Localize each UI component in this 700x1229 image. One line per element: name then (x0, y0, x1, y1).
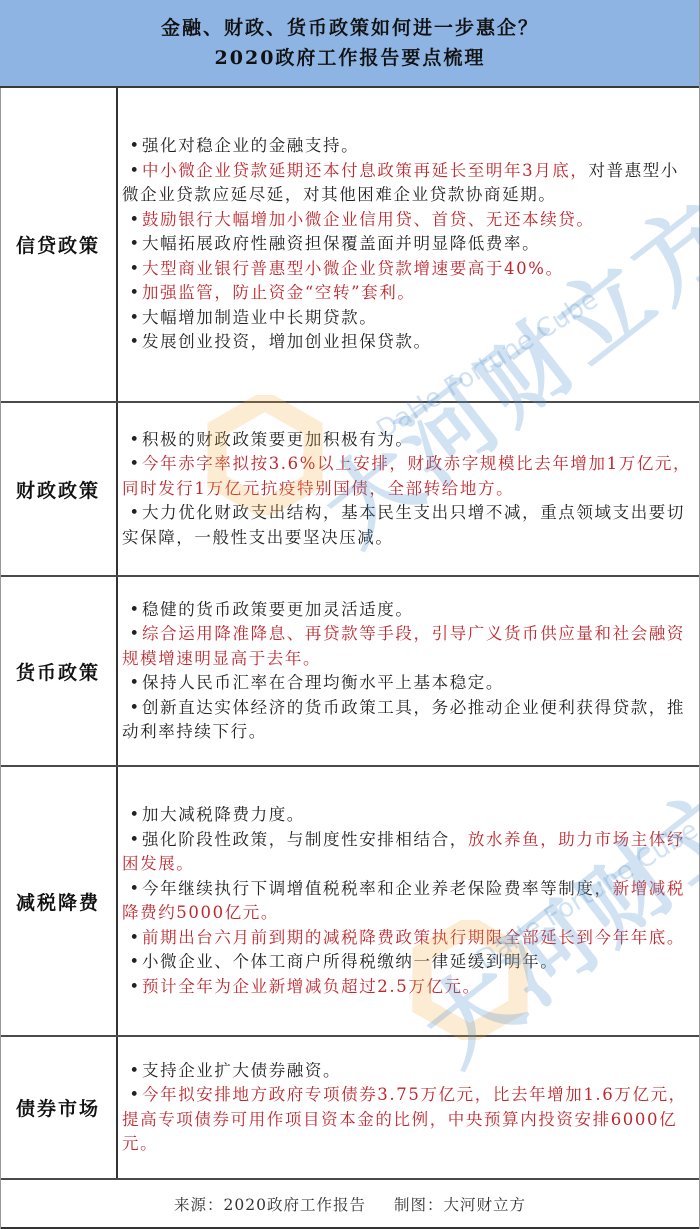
bullet-item: •今年拟安排地方政府专项债券3.75万亿元，比去年增加1.6万亿元，提高专项债券… (122, 1083, 696, 1157)
bullet-icon: • (128, 1059, 142, 1084)
bullet-icon: • (128, 306, 142, 331)
bullet-item: •今年赤字率拟按3.6%以上安排，财政赤字规模比去年增加1万亿元，同时发行1万亿… (122, 452, 696, 501)
table-footer: 来源：2020政府工作报告 制图：大河财立方 (0, 1180, 700, 1229)
bullet-icon: • (128, 330, 142, 355)
section-content: •强化对稳企业的金融支持。•中小微企业贷款延期还本付息政策再延长至明年3月底，对… (120, 88, 696, 401)
bullet-item: •加强监管，防止资金“空转”套利。 (122, 281, 696, 306)
bullet-item: •小微企业、个体工商户所得税缴纳一律延缓到明年。 (122, 950, 696, 975)
bullet-icon: • (128, 950, 142, 975)
body-text: 稳健的货币政策要更加灵活适度。 (142, 600, 414, 619)
highlighted-text: 大型商业银行普惠型小微企业贷款增速要高于40%。 (142, 259, 564, 278)
bullet-icon: • (128, 975, 142, 1000)
highlighted-text: 预计全年为企业新增减负超过2.5万亿元。 (142, 977, 481, 996)
body-text: 保持人民币汇率在合理均衡水平上基本稳定。 (142, 673, 504, 692)
bullet-item: •保持人民币汇率在合理均衡水平上基本稳定。 (122, 671, 696, 696)
body-text: 支持企业扩大债券融资。 (142, 1061, 341, 1080)
highlighted-text: 中小微企业贷款延期还本付息政策再延长至明年3月底， (142, 161, 589, 180)
highlighted-text: 今年拟安排地方政府专项债券3.75万亿元，比去年增加1.6万亿元，提高专项债券可… (122, 1085, 687, 1153)
bullet-icon: • (128, 208, 142, 233)
section-row-bond-market: 债券市场 •支持企业扩大债券融资。•今年拟安排地方政府专项债券3.75万亿元，比… (0, 1037, 700, 1180)
section-row-credit-policy: 信贷政策 •强化对稳企业的金融支持。•中小微企业贷款延期还本付息政策再延长至明年… (0, 88, 700, 403)
bullet-item: •综合运用降准降息、再贷款等手段，引导广义货币供应量和社会融资规模增速明显高于去… (122, 622, 696, 671)
bullet-icon: • (128, 622, 142, 647)
bullet-icon: • (128, 671, 142, 696)
section-label: 货币政策 (0, 577, 118, 765)
bullet-icon: • (128, 598, 142, 623)
body-text: 强化阶段性政策，与制度性安排相结合， (142, 830, 468, 849)
bullet-item: •稳健的货币政策要更加灵活适度。 (122, 598, 696, 623)
table-header: 金融、财政、货币政策如何进一步惠企？ 2020政府工作报告要点梳理 (0, 0, 700, 88)
title-line-1: 金融、财政、货币政策如何进一步惠企？ (161, 13, 539, 43)
bullet-item: •创新直达实体经济的货币政策工具，务必推动企业便利获得贷款，推动利率持续下行。 (122, 696, 696, 745)
body-text: 发展创业投资，增加创业担保贷款。 (142, 332, 432, 351)
body-text: 小微企业、个体工商户所得税缴纳一律延缓到明年。 (142, 952, 558, 971)
table-left-border (0, 88, 1, 1229)
body-text: 强化对稳企业的金融支持。 (142, 136, 359, 155)
body-text: 积极的财政政策要更加积极有为。 (142, 430, 414, 449)
highlighted-text: 前期出台六月前到期的减税降费政策执行期限全部延长到今年年底。 (142, 928, 685, 947)
bullet-icon: • (128, 926, 142, 951)
section-label: 信贷政策 (0, 88, 118, 401)
bullet-icon: • (128, 696, 142, 721)
policy-summary-table: 金融、财政、货币政策如何进一步惠企？ 2020政府工作报告要点梳理 信贷政策 •… (0, 0, 700, 1229)
source-note: 来源：2020政府工作报告 (174, 1193, 366, 1215)
bullet-item: •大幅拓展政府性融资担保覆盖面并明显降低费率。 (122, 232, 696, 257)
body-text: 大幅拓展政府性融资担保覆盖面并明显降低费率。 (142, 234, 540, 253)
bullet-item: •大型商业银行普惠型小微企业贷款增速要高于40%。 (122, 257, 696, 282)
section-row-monetary-policy: 货币政策 •稳健的货币政策要更加灵活适度。•综合运用降准降息、再贷款等手段，引导… (0, 577, 700, 767)
body-text: 创新直达实体经济的货币政策工具，务必推动企业便利获得贷款，推动利率持续下行。 (122, 698, 685, 742)
section-content: •加大减税降费力度。•强化阶段性政策，与制度性安排相结合，放水养鱼，助力市场主体… (120, 767, 696, 1035)
highlighted-text: 综合运用降准降息、再贷款等手段，引导广义货币供应量和社会融资规模增速明显高于去年… (122, 624, 685, 668)
bullet-item: •前期出台六月前到期的减税降费政策执行期限全部延长到今年年底。 (122, 926, 696, 951)
section-label: 减税降费 (0, 767, 118, 1035)
bullet-icon: • (128, 281, 142, 306)
credit-note: 制图：大河财立方 (394, 1193, 526, 1215)
section-content: •支持企业扩大债券融资。•今年拟安排地方政府专项债券3.75万亿元，比去年增加1… (120, 1037, 696, 1178)
bullet-icon: • (128, 877, 142, 902)
bullet-item: •大幅增加制造业中长期贷款。 (122, 306, 696, 331)
bullet-item: •预计全年为企业新增减负超过2.5万亿元。 (122, 975, 696, 1000)
bullet-item: •今年继续执行下调增值税税率和企业养老保险费率等制度，新增减税降费约5000亿元… (122, 877, 696, 926)
bullet-item: •加大减税降费力度。 (122, 803, 696, 828)
section-row-tax-cuts: 减税降费 •加大减税降费力度。•强化阶段性政策，与制度性安排相结合，放水养鱼，助… (0, 767, 700, 1037)
body-text: 大幅增加制造业中长期贷款。 (142, 308, 377, 327)
title-line-2: 2020政府工作报告要点梳理 (215, 43, 486, 73)
bullet-icon: • (128, 159, 142, 184)
section-content: •稳健的货币政策要更加灵活适度。•综合运用降准降息、再贷款等手段，引导广义货币供… (120, 577, 696, 765)
bullet-icon: • (128, 828, 142, 853)
body-text: 加大减税降费力度。 (142, 805, 305, 824)
highlighted-text: 加强监管，防止资金“空转”套利。 (142, 283, 415, 302)
bullet-icon: • (128, 803, 142, 828)
bullet-icon: • (128, 428, 142, 453)
bullet-item: •大力优化财政支出结构，基本民生支出只增不减，重点领域支出要切实保障，一般性支出… (122, 501, 696, 550)
highlighted-text: 鼓励银行大幅增加小微企业信用贷、首贷、无还本续贷。 (142, 210, 595, 229)
body-text: 今年继续执行下调增值税税率和企业养老保险费率等制度， (142, 879, 613, 898)
section-label: 财政政策 (0, 403, 118, 575)
highlighted-text: 今年赤字率拟按3.6%以上安排，财政赤字规模比去年增加1万亿元，同时发行1万亿元… (122, 454, 691, 498)
bullet-icon: • (128, 134, 142, 159)
bullet-item: •积极的财政政策要更加积极有为。 (122, 428, 696, 453)
bullet-icon: • (128, 257, 142, 282)
section-content: •积极的财政政策要更加积极有为。•今年赤字率拟按3.6%以上安排，财政赤字规模比… (120, 403, 696, 575)
section-label: 债券市场 (0, 1037, 118, 1178)
body-text: 大力优化财政支出结构，基本民生支出只增不减，重点领域支出要切实保障，一般性支出要… (122, 503, 685, 547)
section-row-fiscal-policy: 财政政策 •积极的财政政策要更加积极有为。•今年赤字率拟按3.6%以上安排，财政… (0, 403, 700, 577)
bullet-icon: • (128, 452, 142, 477)
bullet-item: •发展创业投资，增加创业担保贷款。 (122, 330, 696, 355)
bullet-item: •强化对稳企业的金融支持。 (122, 134, 696, 159)
bullet-icon: • (128, 1083, 142, 1108)
bullet-icon: • (128, 501, 142, 526)
bullet-item: •中小微企业贷款延期还本付息政策再延长至明年3月底，对普惠型小微企业贷款应延尽延… (122, 159, 696, 208)
bullet-item: •强化阶段性政策，与制度性安排相结合，放水养鱼，助力市场主体纾困发展。 (122, 828, 696, 877)
bullet-item: •鼓励银行大幅增加小微企业信用贷、首贷、无还本续贷。 (122, 208, 696, 233)
bullet-item: •支持企业扩大债券融资。 (122, 1059, 696, 1084)
bullet-icon: • (128, 232, 142, 257)
